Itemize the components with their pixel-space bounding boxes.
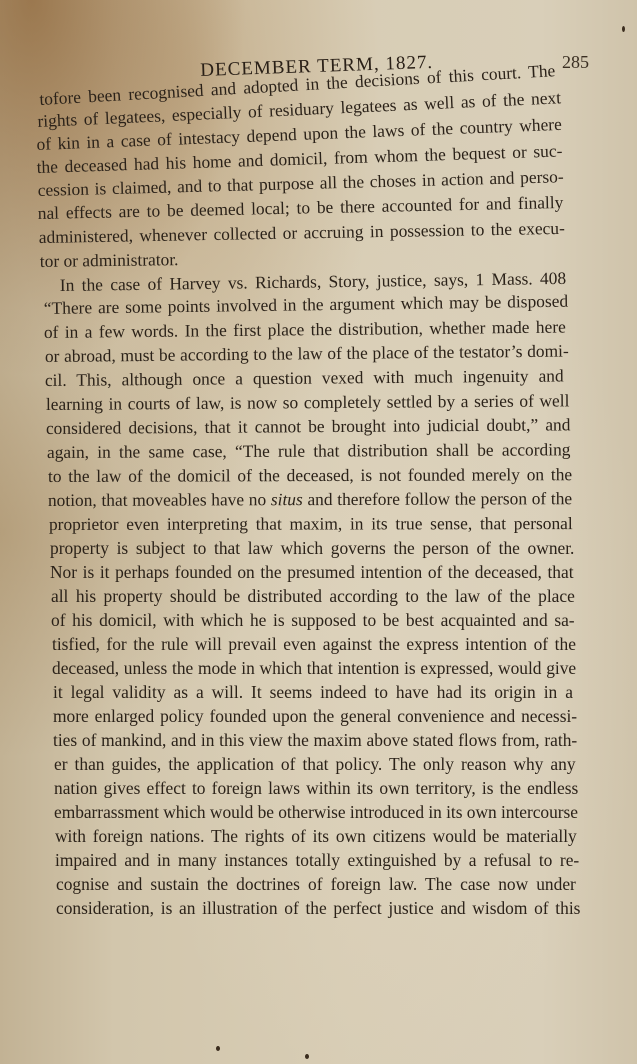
text-line: or abroad, must be according to the law …	[45, 340, 569, 367]
text-line: learning in courts of law, is now so com…	[46, 389, 570, 415]
text-line: ties of mankind, and in this view the ma…	[53, 729, 577, 751]
text-line: nation gives effect to foreign laws with…	[54, 777, 578, 799]
page-number: 285	[562, 52, 589, 73]
text-line: with foreign nations. The rights of its …	[55, 825, 577, 847]
text-line: it legal validity as a will. It seems in…	[53, 681, 573, 703]
text-line: notion, that moveables have no situs and…	[48, 487, 572, 511]
scanned-page: DECEMBER TERM, 1827. 285 tofore been rec…	[0, 0, 637, 1064]
text-line: again, in the same case, “The rule that …	[47, 438, 571, 463]
text-line: Nor is it perhaps founded on the presume…	[50, 561, 574, 583]
ink-spot	[622, 26, 625, 32]
text-line: consideration, is an illustration of the…	[56, 897, 580, 919]
text-line: of in a few words. In the first place th…	[44, 316, 566, 343]
text-line: more enlarged policy founded upon the ge…	[53, 705, 577, 727]
text-line: tisfied, for the rule will prevail even …	[52, 633, 576, 655]
text-line: proprietor even interpreting that maxim,…	[49, 512, 573, 535]
text-line: cognise and sustain the doctrines of for…	[56, 873, 576, 895]
text-line: considered decisions, that it cannot be …	[46, 413, 571, 439]
text-line: cil. This, although once a question vexe…	[45, 364, 564, 391]
text-line: to the law of the domicil of the decease…	[48, 463, 572, 487]
text-line: er than guides, the application of that …	[54, 753, 576, 775]
italic-term: situs	[271, 489, 303, 509]
text-line: property is subject to that law which go…	[50, 537, 574, 559]
text-line: of his domicil, with which he is suppose…	[51, 609, 575, 631]
text-line: impaired and in many instances totally e…	[55, 849, 579, 871]
text-line: all his property should be distributed a…	[51, 585, 575, 607]
text-line: embarrassment which would be otherwise i…	[54, 801, 578, 823]
ink-spot	[305, 1054, 309, 1059]
ink-spot	[216, 1046, 220, 1051]
text-line: tor or administrator.	[40, 248, 179, 272]
text-line: deceased, unless the mode in which that …	[52, 657, 576, 679]
